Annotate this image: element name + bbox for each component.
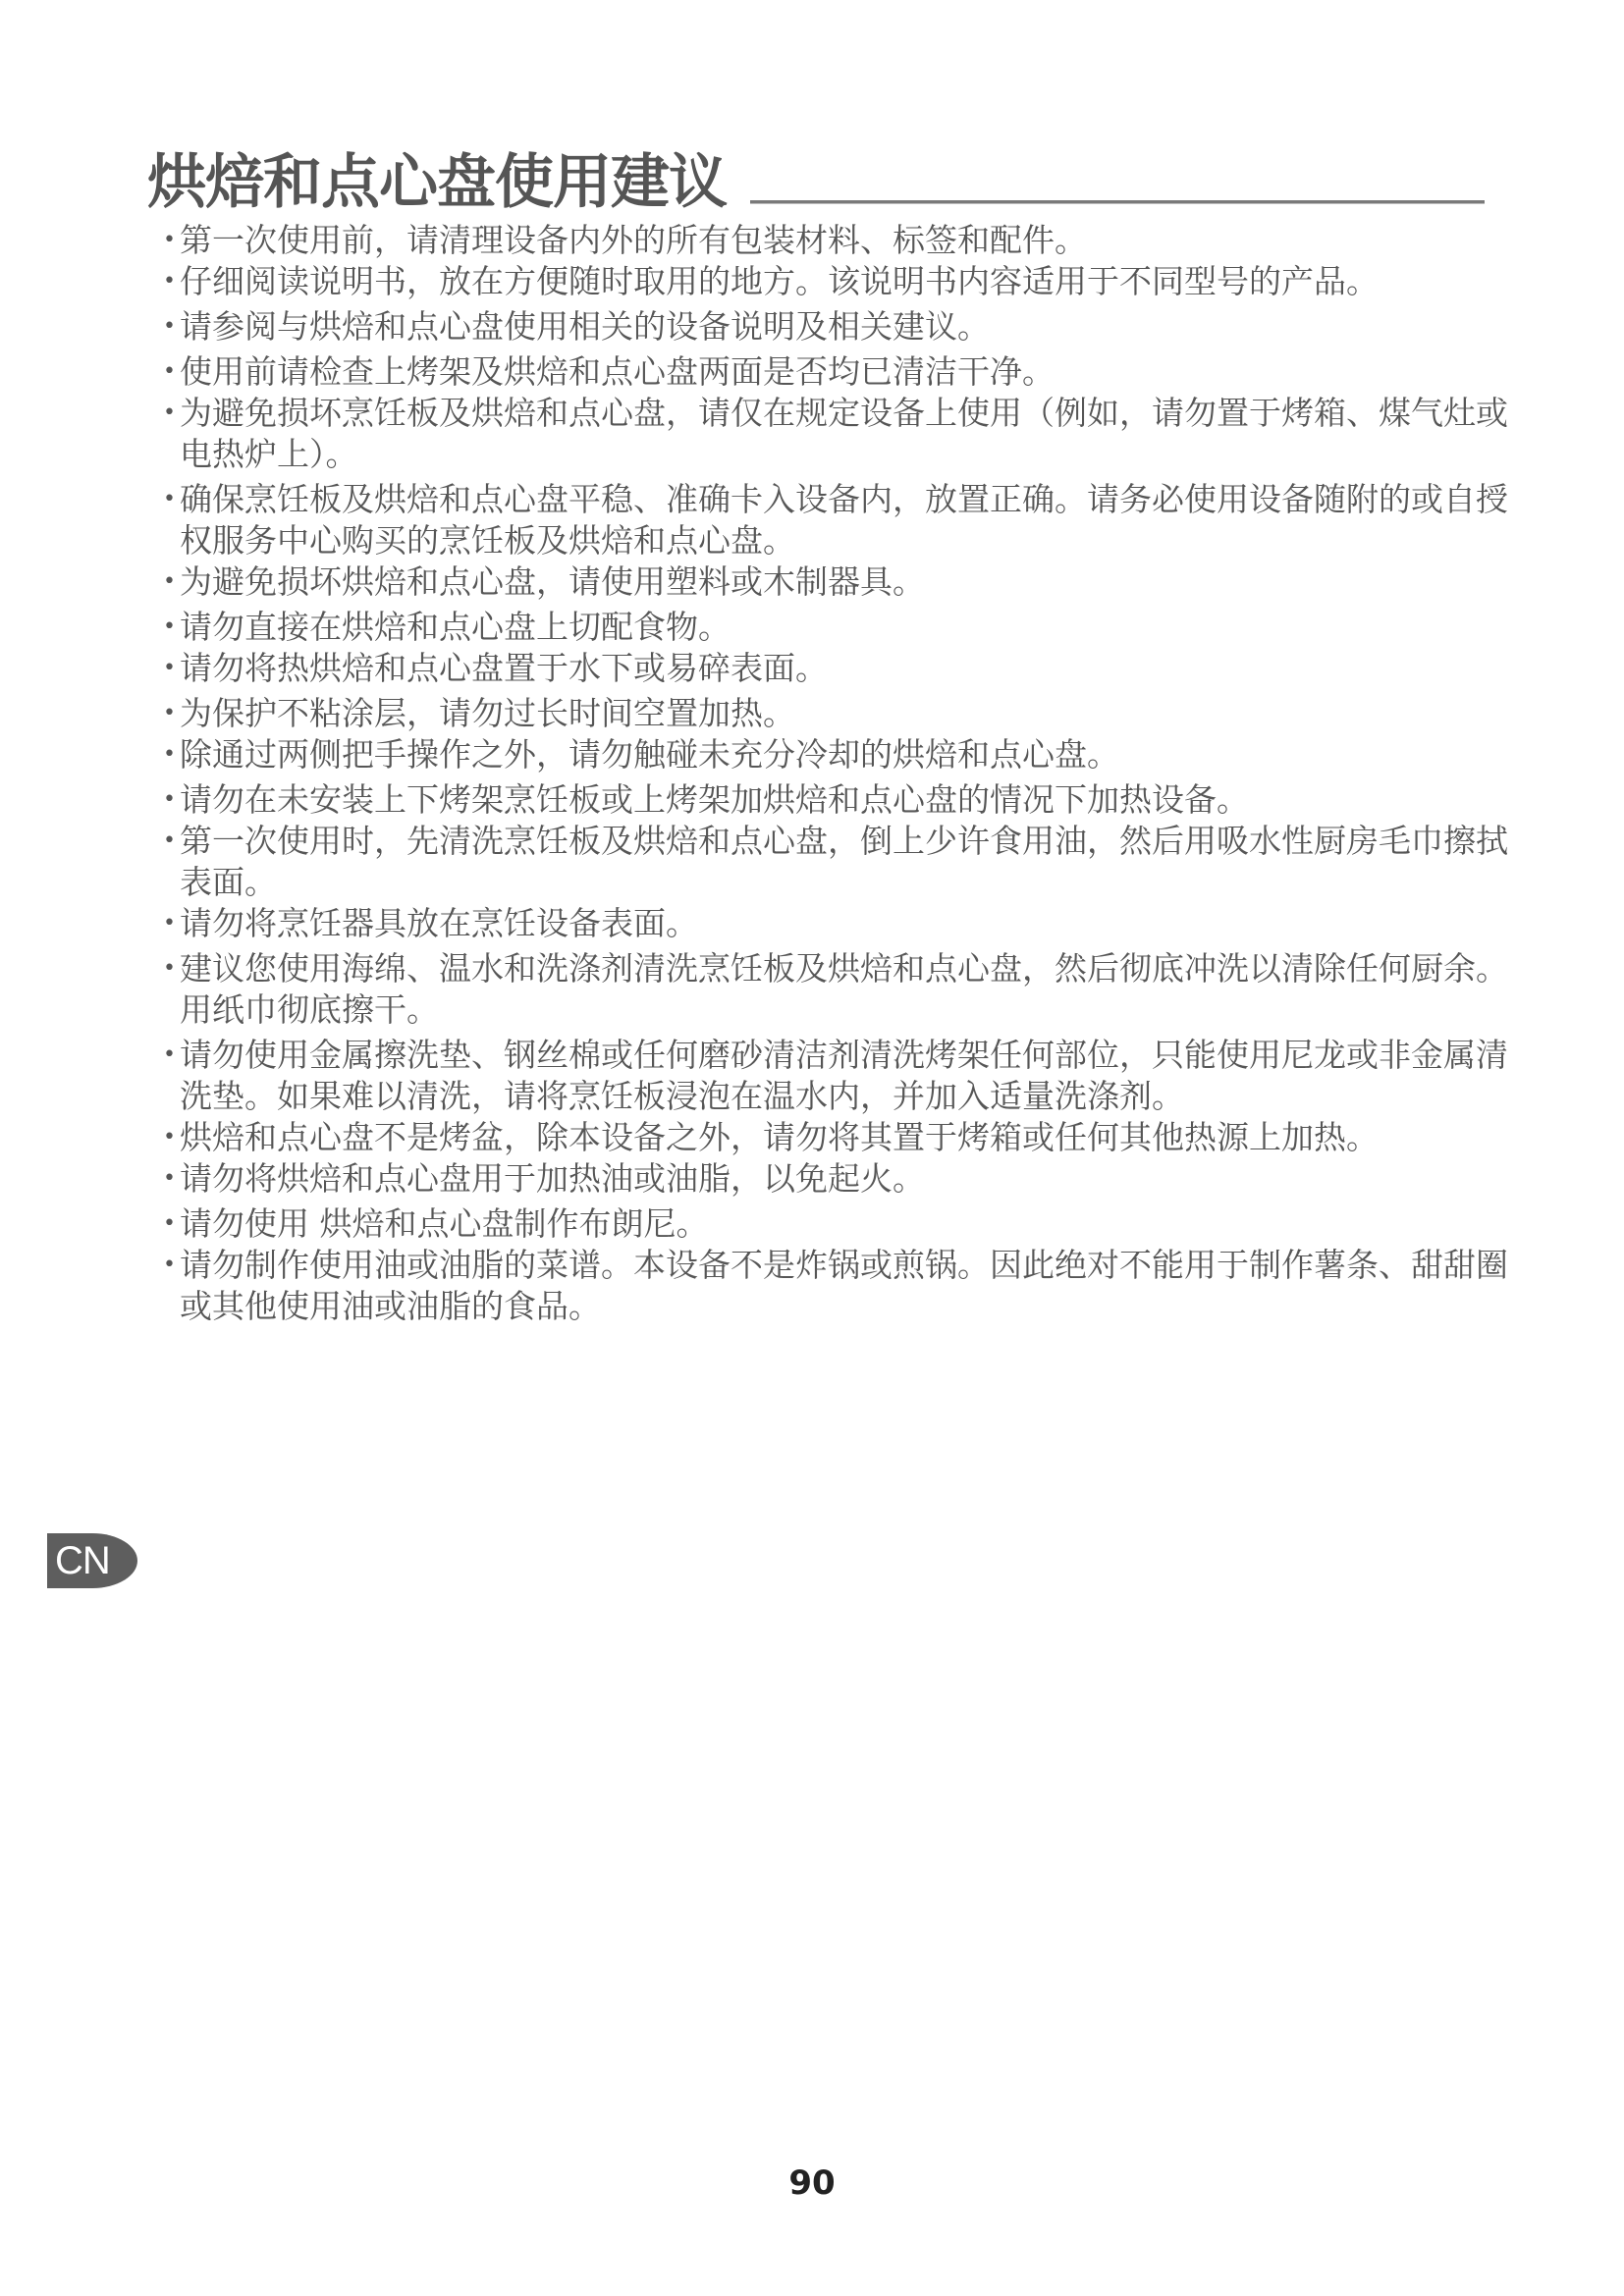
section-header: 烘焙和点心盘使用建议 bbox=[147, 145, 1485, 220]
bullet-icon: • bbox=[163, 821, 175, 862]
list-item-text: 建议您使用海绵、温水和洗涤剂清洗烹饪板及烘焙和点心盘，然后彻底冲洗以清除任何厨余… bbox=[159, 948, 1508, 1031]
list-item: •仔细阅读说明书，放在方便随时取用的地方。该说明书内容适用于不同型号的产品。 bbox=[165, 261, 1508, 302]
list-item-text: 请勿制作使用油或油脂的菜谱。本设备不是炸锅或煎锅。因此绝对不能用于制作薯条、甜甜… bbox=[159, 1245, 1508, 1327]
list-item: •除通过两侧把手操作之外，请勿触碰未充分冷却的烘焙和点心盘。 bbox=[165, 734, 1508, 775]
list-item: •第一次使用时，先清洗烹饪板及烘焙和点心盘，倒上少许食用油，然后用吸水性厨房毛巾… bbox=[165, 821, 1508, 903]
list-item: •请勿使用金属擦洗垫、钢丝棉或任何磨砂清洁剂清洗烤架任何部位，只能使用尼龙或非金… bbox=[165, 1035, 1508, 1117]
list-item-text: 第一次使用前，请清理设备内外的所有包装材料、标签和配件。 bbox=[159, 220, 1508, 261]
list-item-text: 确保烹饪板及烘焙和点心盘平稳、准确卡入设备内，放置正确。请务必使用设备随附的或自… bbox=[159, 479, 1508, 561]
list-item-text: 为保护不粘涂层，请勿过长时间空置加热。 bbox=[159, 693, 1508, 734]
title-underline-divider bbox=[750, 200, 1485, 204]
bullet-icon: • bbox=[163, 479, 175, 520]
list-item: •为保护不粘涂层，请勿过长时间空置加热。 bbox=[165, 693, 1508, 734]
list-item-text: 请勿使用 烘焙和点心盘制作布朗尼。 bbox=[159, 1203, 1508, 1245]
list-item: •请勿使用 烘焙和点心盘制作布朗尼。 bbox=[165, 1203, 1508, 1245]
bullet-icon: • bbox=[163, 1203, 175, 1245]
bullet-icon: • bbox=[163, 1035, 175, 1076]
list-item-text: 使用前请检查上烤架及烘焙和点心盘两面是否均已清洁干净。 bbox=[159, 351, 1508, 393]
list-item-text: 请勿在未安装上下烤架烹饪板或上烤架加烘焙和点心盘的情况下加热设备。 bbox=[159, 779, 1508, 821]
bullet-icon: • bbox=[163, 220, 175, 261]
list-item: •建议您使用海绵、温水和洗涤剂清洗烹饪板及烘焙和点心盘，然后彻底冲洗以清除任何厨… bbox=[165, 948, 1508, 1031]
list-item: •烘焙和点心盘不是烤盆，除本设备之外，请勿将其置于烤箱或任何其他热源上加热。 bbox=[165, 1117, 1508, 1158]
bullet-icon: • bbox=[163, 903, 175, 944]
list-item: •确保烹饪板及烘焙和点心盘平稳、准确卡入设备内，放置正确。请务必使用设备随附的或… bbox=[165, 479, 1508, 561]
bullet-icon: • bbox=[163, 948, 175, 989]
bullet-icon: • bbox=[163, 734, 175, 775]
bullet-icon: • bbox=[163, 648, 175, 689]
list-item: •请勿直接在烘焙和点心盘上切配食物。 bbox=[165, 607, 1508, 648]
bullet-icon: • bbox=[163, 561, 175, 603]
bullet-icon: • bbox=[163, 393, 175, 434]
list-item: •请勿将烹饪器具放在烹饪设备表面。 bbox=[165, 903, 1508, 944]
list-item-text: 为避免损坏烘焙和点心盘，请使用塑料或木制器具。 bbox=[159, 561, 1508, 603]
list-item-text: 请勿将烘焙和点心盘用于加热油或油脂，以免起火。 bbox=[159, 1158, 1508, 1200]
list-item-text: 请勿将烹饪器具放在烹饪设备表面。 bbox=[159, 903, 1508, 944]
bullet-icon: • bbox=[163, 351, 175, 393]
list-item: •请勿在未安装上下烤架烹饪板或上烤架加烘焙和点心盘的情况下加热设备。 bbox=[165, 779, 1508, 821]
list-item-text: 为避免损坏烹饪板及烘焙和点心盘，请仅在规定设备上使用（例如，请勿置于烤箱、煤气灶… bbox=[159, 393, 1508, 475]
list-item-text: 除通过两侧把手操作之外，请勿触碰未充分冷却的烘焙和点心盘。 bbox=[159, 734, 1508, 775]
list-item: •请参阅与烘焙和点心盘使用相关的设备说明及相关建议。 bbox=[165, 306, 1508, 347]
list-item: •请勿将烘焙和点心盘用于加热油或油脂，以免起火。 bbox=[165, 1158, 1508, 1200]
advice-list: •第一次使用前，请清理设备内外的所有包装材料、标签和配件。 •仔细阅读说明书，放… bbox=[165, 220, 1508, 1327]
list-item-text: 请参阅与烘焙和点心盘使用相关的设备说明及相关建议。 bbox=[159, 306, 1508, 347]
page-title: 烘焙和点心盘使用建议 bbox=[147, 145, 727, 220]
bullet-icon: • bbox=[163, 607, 175, 648]
list-item-text: 请勿将热烘焙和点心盘置于水下或易碎表面。 bbox=[159, 648, 1508, 689]
bullet-icon: • bbox=[163, 693, 175, 734]
list-item-text: 请勿使用金属擦洗垫、钢丝棉或任何磨砂清洁剂清洗烤架任何部位，只能使用尼龙或非金属… bbox=[159, 1035, 1508, 1117]
page-number: 90 bbox=[0, 2163, 1624, 2203]
list-item-text: 烘焙和点心盘不是烤盆，除本设备之外，请勿将其置于烤箱或任何其他热源上加热。 bbox=[159, 1117, 1508, 1158]
bullet-icon: • bbox=[163, 306, 175, 347]
list-item: •为避免损坏烹饪板及烘焙和点心盘，请仅在规定设备上使用（例如，请勿置于烤箱、煤气… bbox=[165, 393, 1508, 475]
list-item: •第一次使用前，请清理设备内外的所有包装材料、标签和配件。 bbox=[165, 220, 1508, 261]
language-tab-label: CN bbox=[55, 1539, 110, 1582]
bullet-icon: • bbox=[163, 261, 175, 302]
list-item-text: 仔细阅读说明书，放在方便随时取用的地方。该说明书内容适用于不同型号的产品。 bbox=[159, 261, 1508, 302]
list-item-text: 请勿直接在烘焙和点心盘上切配食物。 bbox=[159, 607, 1508, 648]
language-tab: CN bbox=[47, 1533, 137, 1588]
list-item: •使用前请检查上烤架及烘焙和点心盘两面是否均已清洁干净。 bbox=[165, 351, 1508, 393]
list-item: •为避免损坏烘焙和点心盘，请使用塑料或木制器具。 bbox=[165, 561, 1508, 603]
list-item: •请勿制作使用油或油脂的菜谱。本设备不是炸锅或煎锅。因此绝对不能用于制作薯条、甜… bbox=[165, 1245, 1508, 1327]
list-item-text: 第一次使用时，先清洗烹饪板及烘焙和点心盘，倒上少许食用油，然后用吸水性厨房毛巾擦… bbox=[159, 821, 1508, 903]
bullet-icon: • bbox=[163, 779, 175, 821]
list-item: •请勿将热烘焙和点心盘置于水下或易碎表面。 bbox=[165, 648, 1508, 689]
bullet-icon: • bbox=[163, 1158, 175, 1200]
bullet-icon: • bbox=[163, 1245, 175, 1286]
bullet-icon: • bbox=[163, 1117, 175, 1158]
